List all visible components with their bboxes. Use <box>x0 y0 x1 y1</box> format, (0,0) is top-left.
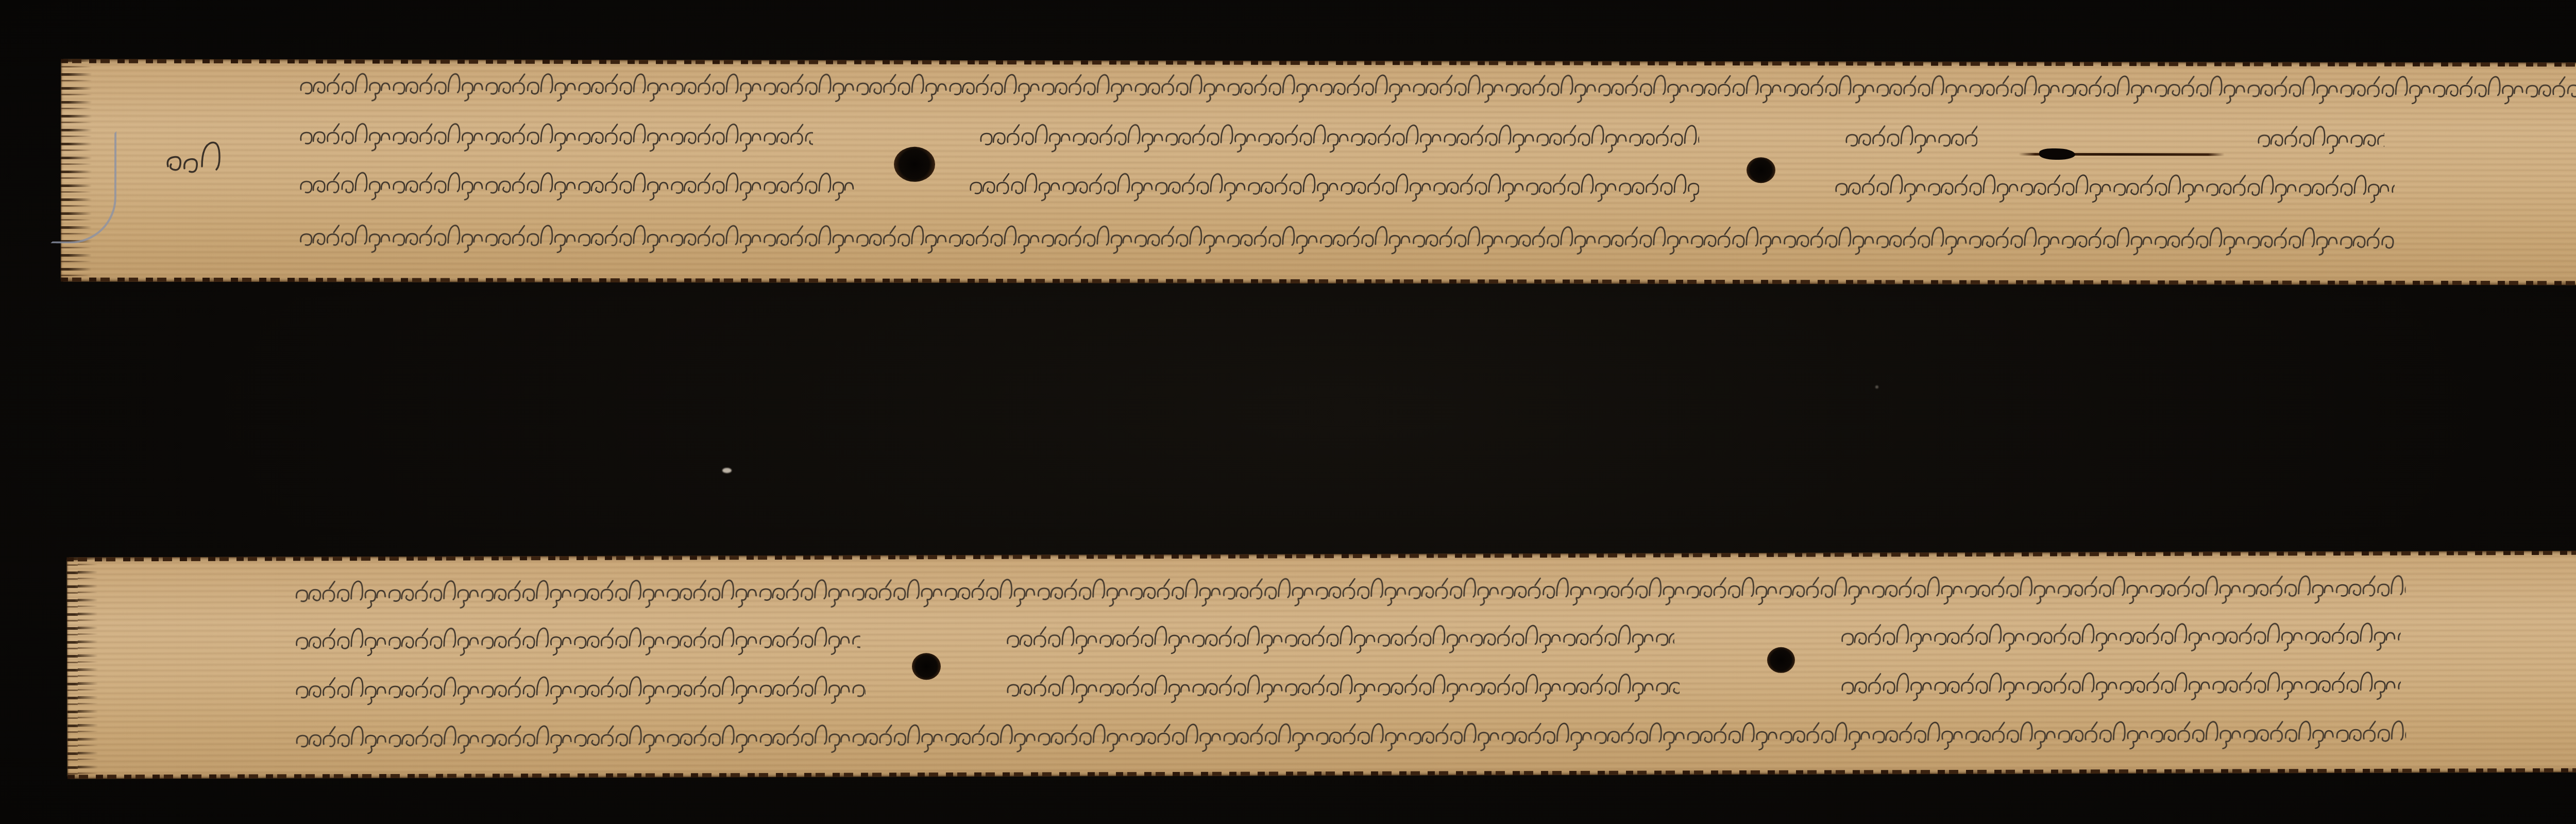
binding-hole <box>912 653 941 680</box>
dust-speck <box>722 468 732 473</box>
palm-leaf-top: ၁၁ ႕ ဝေဘ်ဂံလှူ…ဒ်ဂါဗြီဂါထဝေဘံတင့်ဘဲ… ဝေဘ… <box>61 59 2576 285</box>
text-line: ဝဏ္ဏရသာဟိဝေဏမဟာဝ…ဝိဂဏ္ဍဝဟဝဟဂါ <box>1833 170 2395 204</box>
binding-hole <box>1747 157 1775 183</box>
text-line: ဝိဂျ္ဂြိုဒါဝေ…လဂ္ဂ…ဝဏ္ဏဂါ… <box>294 571 2406 610</box>
text-line: ဓိဝေဏ္ဏ…ဝေဘ်ဂြိုဂြိုဂါဟ…ဝေဘ်ဂိုဂြိုဝါ…ဂါ… <box>1839 618 2401 653</box>
text-line: ဝေဘ်လ္ပူဝေဏ္ဏ…ဝေဘ်လွှူ…ဝေဏ္ဏဂိုဗြဲ… <box>298 220 2395 256</box>
text-line: ဝကြဉ္ဂြို…ဝေဏ္ဏ…ဒဏ္ဍဝေဘ်ဂိုဝိုဝြ <box>1005 620 1674 654</box>
palm-leaf-bottom: ဝိဂျ္ဂြိုဒါဝေ…လဂ္ဂ…ဝဏ္ဏဂါ… ဃဂ္ဂဟာဝ်ဂ္ဂဗြ… <box>66 550 2576 779</box>
text-line: ဂြိုင်ဗြဲ…ဝိုဂြိုဝိဂြဲ…သမ်ဗန်ဝေဘ်တ္တလာ <box>978 120 1699 154</box>
text-line: တူရာ…ဒဝိုဝြ <box>1843 121 1977 154</box>
text-line: ဝိဂျေ…ဝေဘ်ဗြိုဂြို…ဝိဂြိုဂြို… <box>294 716 2406 755</box>
binding-hole <box>894 147 935 182</box>
binding-hole <box>1767 647 1795 673</box>
text-line: ဝိဂြိုဂြို…ဝိဂြိုဂြိုဝိုဗြိုဟဝာသဂ္ဂဝေဘ် <box>1839 667 2401 702</box>
text-line: ယာဂ္ဂဏ္ဏဝေဘ်…ဗြူဂဝါသာ… <box>1005 669 1680 703</box>
text-line: ဥဏ္ဏဂိုဂိုပ…ဝေဘ်သော… <box>968 169 1699 203</box>
text-line: ဒဒိဗြူဂါလ…ဘုဂ္ဂုဝေဘ်တ… <box>294 671 866 705</box>
text-line: ဃဂ္ဂဟာဝ်ဂ္ဂဗြဲဂါ…ဝေဘ်ဂြိုဗ္ဗာဝ <box>294 623 860 657</box>
text-line: ဝေဘ်ဂံလှူ…ဒ်ဂါဗြီဂါထဝေဘံတင့်ဘဲ… <box>298 69 2576 105</box>
text-line: ဝိုဗြဲဘာတ္ထုဉ္ဂြိုဝ်ဘာဝေဘ္လ်ဝ… <box>298 167 854 201</box>
dust-speck <box>1875 385 1878 389</box>
text-line: ဝေဘ်ဓိဂြိုဂံဝပ္လွဒ်ဂိုဒ်…ဝါဗဘာမဝေဘ်ဝေဘ္လ… <box>298 119 813 152</box>
folio-number <box>162 137 224 189</box>
leaf-crack-gap <box>2039 148 2075 160</box>
text-line: သဝ္ဗြဲ…ဝတ်ဉ်ဝျ <box>2256 121 2384 154</box>
pencil-mark <box>50 131 116 243</box>
